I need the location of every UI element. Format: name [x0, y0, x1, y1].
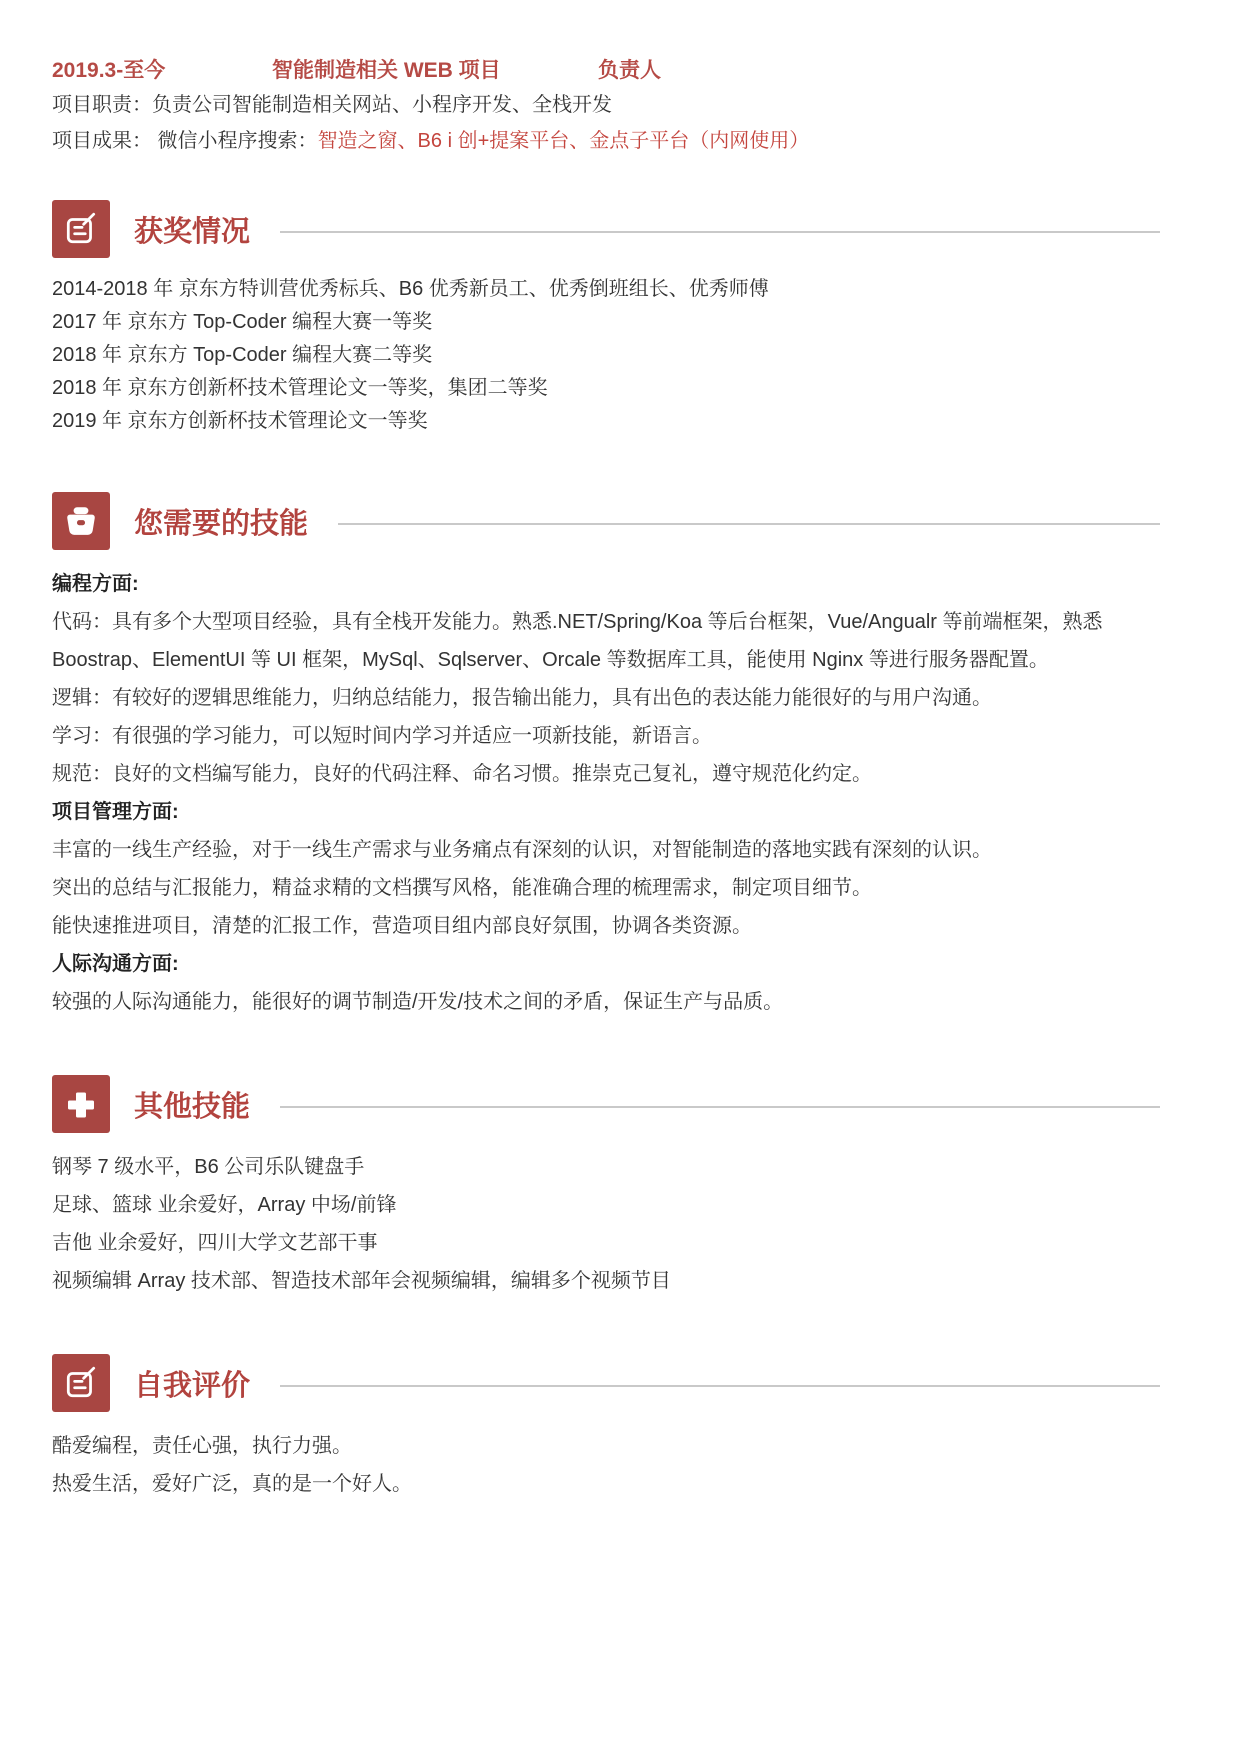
required-skills-list: 编程方面: 代码：具有多个大型项目经验，具有全栈开发能力。熟悉.NET/Spri… — [52, 565, 1160, 1021]
section-divider — [280, 1106, 1160, 1108]
other-skill-item: 吉他 业余爱好，四川大学文艺部干事 — [52, 1224, 1160, 1262]
project-entry: 2019.3-至今 智能制造相关 WEB 项目 负责人 项目职责：负责公司智能制… — [52, 56, 1160, 158]
edit-note-icon — [52, 200, 110, 258]
award-item: 2018 年 京东方创新杯技术管理论文一等奖，集团二等奖 — [52, 372, 1160, 405]
project-result-label: 项目成果： — [52, 130, 152, 152]
section-awards: 获奖情况 2014-2018 年 京东方特训营优秀标兵、B6 优秀新员工、优秀倒… — [52, 200, 1160, 438]
section-awards-header: 获奖情况 — [52, 200, 1160, 258]
resume-page: 2019.3-至今 智能制造相关 WEB 项目 负责人 项目职责：负责公司智能制… — [0, 0, 1240, 1753]
section-title: 获奖情况 — [134, 209, 250, 250]
other-skills-list: 钢琴 7 级水平，B6 公司乐队键盘手 足球、篮球 业余爱好，Array 中场/… — [52, 1148, 1160, 1300]
section-self-evaluation: 自我评价 酷爱编程，责任心强，执行力强。 热爱生活，爱好广泛，真的是一个好人。 — [52, 1354, 1160, 1503]
award-item: 2018 年 京东方 Top-Coder 编程大赛二等奖 — [52, 339, 1160, 372]
skills-subhead: 项目管理方面: — [52, 793, 1160, 831]
edit-note-icon — [52, 1354, 110, 1412]
skills-subhead: 编程方面: — [52, 565, 1160, 603]
project-result-prefix: 微信小程序搜索： — [152, 130, 318, 152]
skills-item: 逻辑：有较好的逻辑思维能力，归纳总结能力，报告输出能力，具有出色的表达能力能很好… — [52, 679, 1160, 717]
project-duty-label: 项目职责： — [52, 94, 152, 116]
project-role: 负责人 — [598, 56, 661, 86]
project-result-highlight: 智造之窗、B6 i 创+提案平台、金点子平台（内网使用） — [318, 130, 810, 152]
section-other-skills-header: 其他技能 — [52, 1075, 1160, 1133]
project-result-line: 项目成果： 微信小程序搜索：智造之窗、B6 i 创+提案平台、金点子平台（内网使… — [52, 125, 1160, 158]
other-skill-item: 视频编辑 Array 技术部、智造技术部年会视频编辑，编辑多个视频节目 — [52, 1262, 1160, 1300]
skills-item: 突出的总结与汇报能力，精益求精的文档撰写风格，能准确合理的梳理需求，制定项目细节… — [52, 869, 1160, 907]
awards-list: 2014-2018 年 京东方特训营优秀标兵、B6 优秀新员工、优秀倒班组长、优… — [52, 273, 1160, 438]
project-period: 2019.3-至今 — [52, 56, 272, 86]
award-item: 2019 年 京东方创新杯技术管理论文一等奖 — [52, 405, 1160, 438]
self-evaluation-item: 热爱生活，爱好广泛，真的是一个好人。 — [52, 1465, 1160, 1503]
section-title: 其他技能 — [134, 1084, 250, 1125]
skills-item: 代码：具有多个大型项目经验，具有全栈开发能力。熟悉.NET/Spring/Koa… — [52, 603, 1160, 679]
skills-item: 学习：有很强的学习能力，可以短时间内学习并适应一项新技能，新语言。 — [52, 717, 1160, 755]
project-duty-line: 项目职责：负责公司智能制造相关网站、小程序开发、全栈开发 — [52, 89, 1160, 122]
toolbox-icon — [52, 492, 110, 550]
award-item: 2014-2018 年 京东方特训营优秀标兵、B6 优秀新员工、优秀倒班组长、优… — [52, 273, 1160, 306]
plus-icon — [52, 1075, 110, 1133]
skills-item: 丰富的一线生产经验，对于一线生产需求与业务痛点有深刻的认识，对智能制造的落地实践… — [52, 831, 1160, 869]
self-evaluation-list: 酷爱编程，责任心强，执行力强。 热爱生活，爱好广泛，真的是一个好人。 — [52, 1427, 1160, 1503]
skills-item: 较强的人际沟通能力，能很好的调节制造/开发/技术之间的矛盾，保证生产与品质。 — [52, 983, 1160, 1021]
section-other-skills: 其他技能 钢琴 7 级水平，B6 公司乐队键盘手 足球、篮球 业余爱好，Arra… — [52, 1075, 1160, 1300]
project-duty-text: 负责公司智能制造相关网站、小程序开发、全栈开发 — [152, 94, 612, 116]
section-title: 自我评价 — [134, 1363, 250, 1404]
skills-item: 规范：良好的文档编写能力，良好的代码注释、命名习惯。推崇克己复礼，遵守规范化约定… — [52, 755, 1160, 793]
self-evaluation-item: 酷爱编程，责任心强，执行力强。 — [52, 1427, 1160, 1465]
section-required-skills-header: 您需要的技能 — [52, 492, 1160, 550]
award-item: 2017 年 京东方 Top-Coder 编程大赛一等奖 — [52, 306, 1160, 339]
section-divider — [280, 231, 1160, 233]
section-divider — [338, 523, 1160, 525]
section-title: 您需要的技能 — [134, 501, 308, 542]
section-self-evaluation-header: 自我评价 — [52, 1354, 1160, 1412]
project-title: 智能制造相关 WEB 项目 — [272, 56, 598, 86]
skills-item: 能快速推进项目，清楚的汇报工作，营造项目组内部良好氛围，协调各类资源。 — [52, 907, 1160, 945]
other-skill-item: 钢琴 7 级水平，B6 公司乐队键盘手 — [52, 1148, 1160, 1186]
skills-subhead: 人际沟通方面: — [52, 945, 1160, 983]
section-required-skills: 您需要的技能 编程方面: 代码：具有多个大型项目经验，具有全栈开发能力。熟悉.N… — [52, 492, 1160, 1021]
section-divider — [280, 1385, 1160, 1387]
other-skill-item: 足球、篮球 业余爱好，Array 中场/前锋 — [52, 1186, 1160, 1224]
project-header: 2019.3-至今 智能制造相关 WEB 项目 负责人 — [52, 56, 1160, 86]
